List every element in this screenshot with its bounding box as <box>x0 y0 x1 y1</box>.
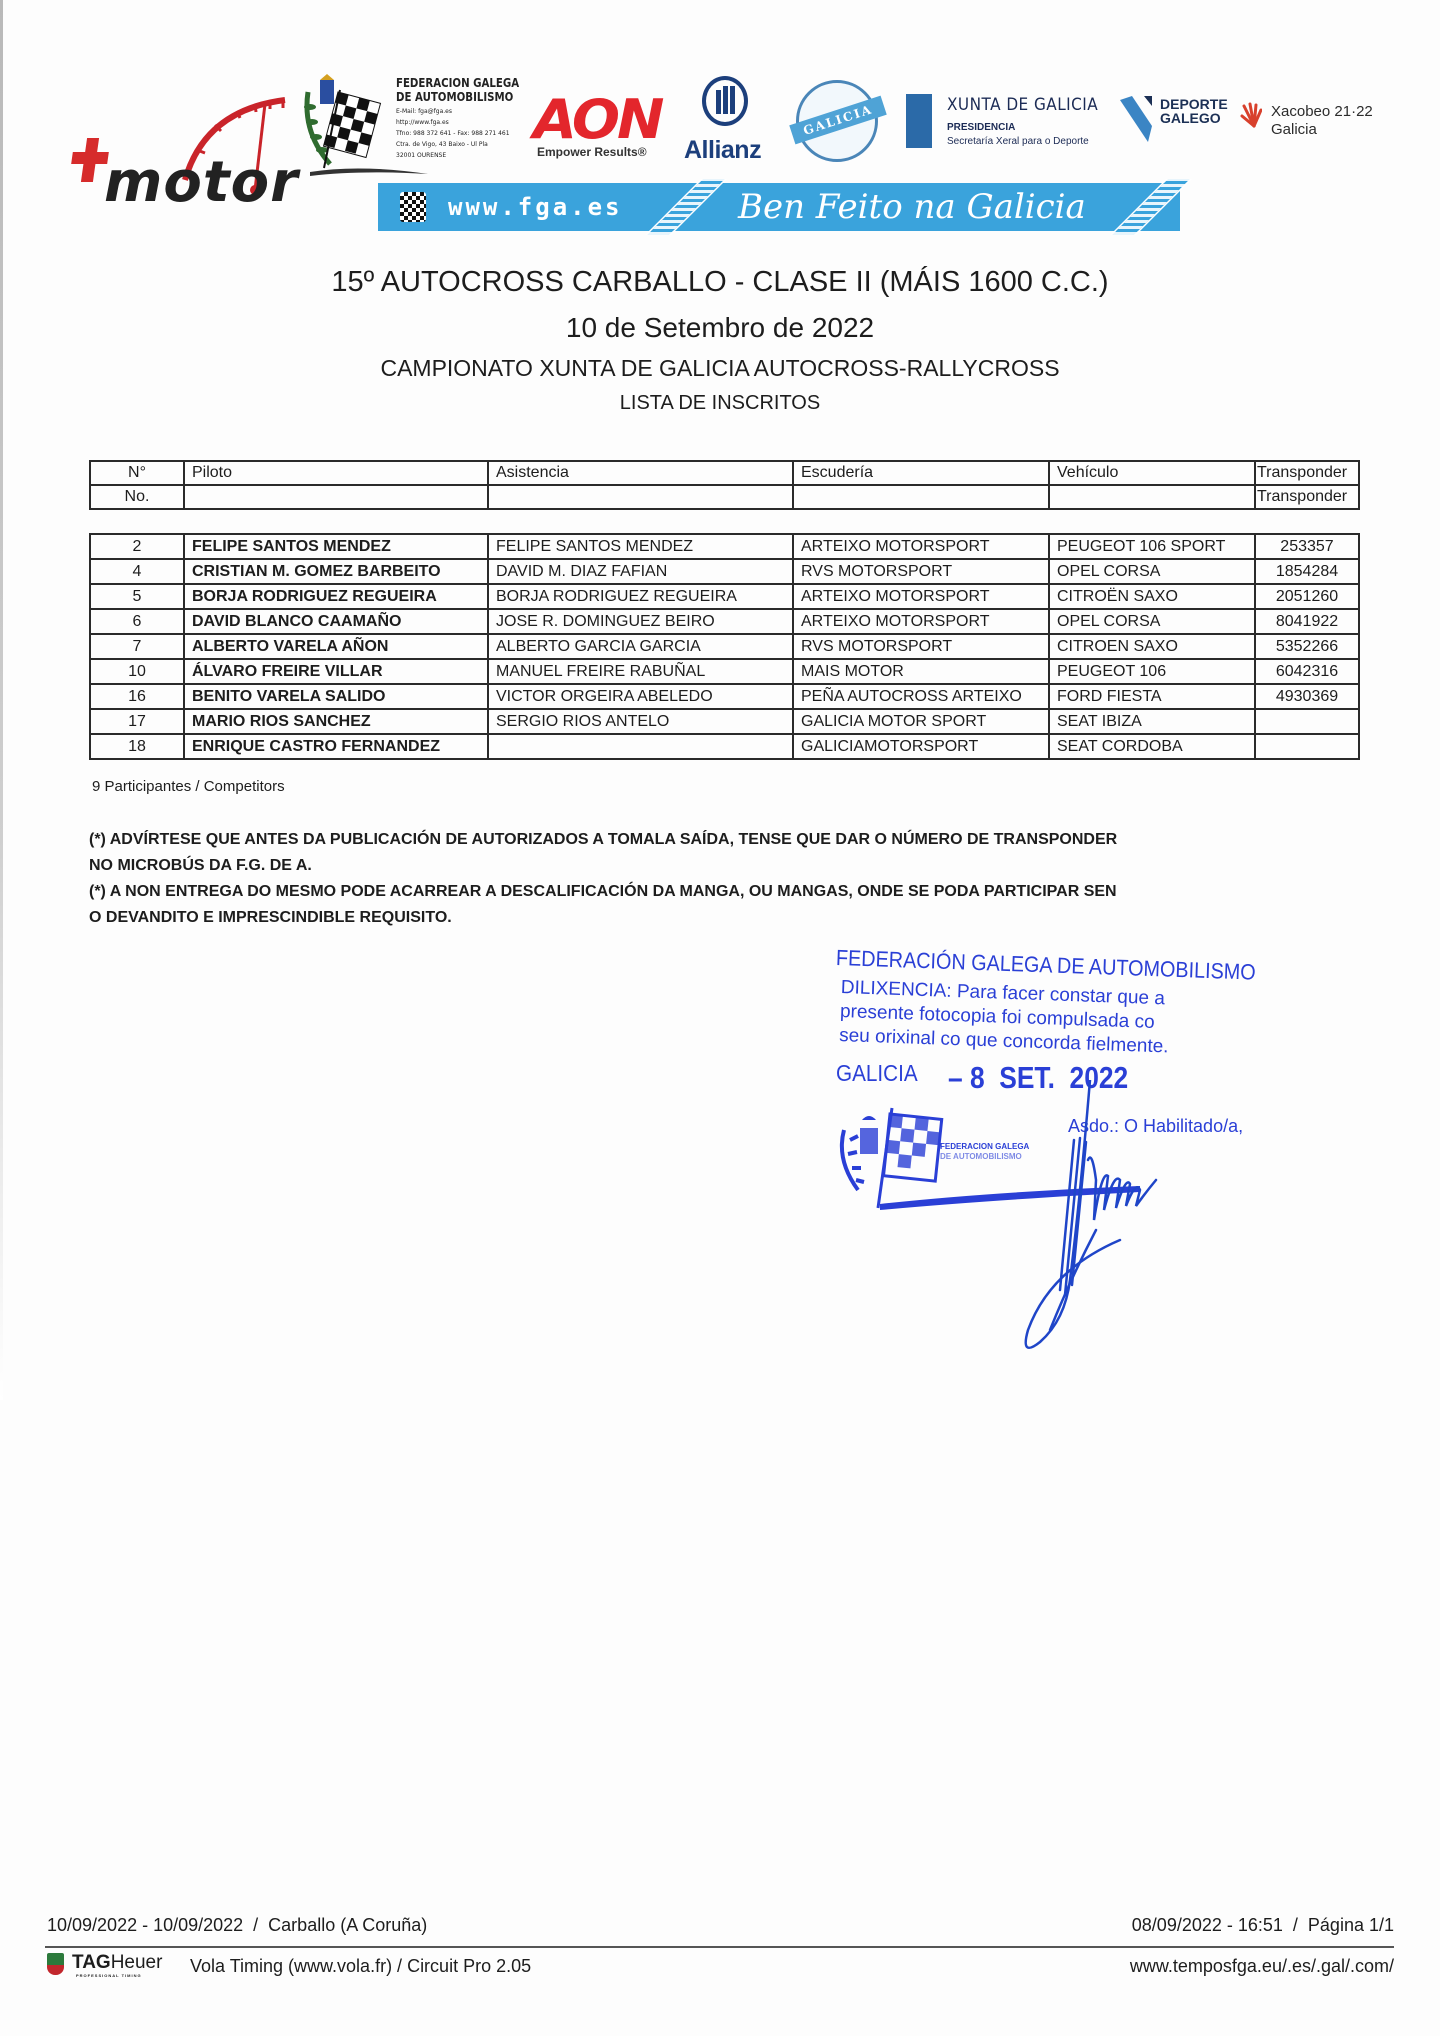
cell-transponder <box>1255 734 1359 759</box>
tag-heuer-subtitle: PROFESSIONAL TIMING <box>76 1973 142 1978</box>
entry-list-header: N° Piloto Asistencia Escudería Vehículo … <box>89 460 1360 510</box>
deporte-galego-logo: DEPORTE GALEGO <box>1160 97 1228 125</box>
list-title: LISTA DE INSCRITOS <box>0 392 1440 415</box>
checkered-flag-icon <box>400 192 426 222</box>
cell-no: 5 <box>90 584 184 609</box>
cell-transponder: 8041922 <box>1255 609 1359 634</box>
footer-divider <box>45 1946 1394 1948</box>
cell-no: 2 <box>90 534 184 559</box>
deporte-line-2: GALEGO <box>1160 111 1228 125</box>
cell-asistencia: MANUEL FREIRE RABUÑAL <box>488 659 793 684</box>
fga-contact-5: 32001 OURENSE <box>396 152 541 159</box>
cell-escuderia: ARTEIXO MOTORSPORT <box>793 584 1049 609</box>
cell-vehiculo: FORD FIESTA <box>1049 684 1255 709</box>
signature <box>1010 1080 1210 1360</box>
stamp-text: DILIXENCIA: Para facer constar que a pre… <box>839 976 1241 1062</box>
cell-asistencia: ALBERTO GARCIA GARCIA <box>488 634 793 659</box>
footer-url[interactable]: www.temposfga.eu/.es/.gal/.com/ <box>1130 1956 1394 1977</box>
xunta-secretaria: Secretaría Xeral para o Deporte <box>947 136 1089 147</box>
col-header-no-en: No. <box>90 485 184 509</box>
xacobeo-logo: Xacobeo 21·22 Galicia <box>1271 103 1373 139</box>
cell-piloto: CRISTIAN M. GOMEZ BARBEITO <box>184 559 488 584</box>
cell-escuderia: GALICIA MOTOR SPORT <box>793 709 1049 734</box>
header-row: No. Transponder <box>90 485 1359 509</box>
championship-title: CAMPIONATO XUNTA DE GALICIA AUTOCROSS-RA… <box>0 355 1440 382</box>
cell-escuderia: RVS MOTORSPORT <box>793 634 1049 659</box>
footer-event-dates: 10/09/2022 - 10/09/2022 / Carballo (A Co… <box>47 1915 427 1936</box>
cell-asistencia: DAVID M. DIAZ FAFIAN <box>488 559 793 584</box>
cell-piloto: FELIPE SANTOS MENDEZ <box>184 534 488 559</box>
col-header-no: N° <box>90 461 184 485</box>
note-line: (*) ADVÍRTESE QUE ANTES DA PUBLICACIÓN D… <box>89 827 1117 853</box>
aon-logo: AON <box>533 88 661 151</box>
note-line: (*) A NON ENTREGA DO MESMO PODE ACARREAR… <box>89 879 1117 905</box>
wave-stripe-icon <box>645 179 727 235</box>
banner-slogan: Ben Feito na Galicia <box>738 187 1086 227</box>
allianz-logo: Allianz <box>684 136 761 165</box>
tag-heuer-logo: TAGHeuer <box>72 1952 162 1974</box>
col-header-vehiculo-en <box>1049 485 1255 509</box>
cell-piloto: BENITO VARELA SALIDO <box>184 684 488 709</box>
table-row: 7ALBERTO VARELA AÑONALBERTO GARCIA GARCI… <box>90 634 1359 659</box>
cell-vehiculo: SEAT IBIZA <box>1049 709 1255 734</box>
cell-vehiculo: PEUGEOT 106 SPORT <box>1049 534 1255 559</box>
scallop-shell-icon <box>1240 102 1262 128</box>
col-header-asistencia-en <box>488 485 793 509</box>
table-row: 4CRISTIAN M. GOMEZ BARBEITODAVID M. DIAZ… <box>90 559 1359 584</box>
footer-software: Vola Timing (www.vola.fr) / Circuit Pro … <box>190 1956 531 1977</box>
table-row: 17MARIO RIOS SANCHEZSERGIO RIOS ANTELOGA… <box>90 709 1359 734</box>
fga-contact-1: E-Mail: fga@fga.es <box>396 108 541 115</box>
fga-contact-4: Ctra. de Vigo, 43 Baixo - Ul Pla <box>396 141 541 148</box>
col-header-escuderia: Escudería <box>793 461 1049 485</box>
cell-no: 10 <box>90 659 184 684</box>
cell-piloto: ÁLVARO FREIRE VILLAR <box>184 659 488 684</box>
fga-contact-3: Tfno: 988 372 641 - Fax: 988 271 461 <box>396 130 541 137</box>
notes: (*) ADVÍRTESE QUE ANTES DA PUBLICACIÓN D… <box>89 827 1117 931</box>
cell-asistencia <box>488 734 793 759</box>
allianz-icon <box>702 76 748 126</box>
cell-vehiculo: PEUGEOT 106 <box>1049 659 1255 684</box>
xacobeo-line-2: Galicia <box>1271 121 1373 139</box>
scan-edge <box>0 0 3 1400</box>
table-row: 2FELIPE SANTOS MENDEZFELIPE SANTOS MENDE… <box>90 534 1359 559</box>
cell-no: 6 <box>90 609 184 634</box>
cell-piloto: ALBERTO VARELA AÑON <box>184 634 488 659</box>
cell-piloto: ENRIQUE CASTRO FERNANDEZ <box>184 734 488 759</box>
cell-no: 18 <box>90 734 184 759</box>
note-line: NO MICROBÚS DA F.G. DE A. <box>89 853 1117 879</box>
cell-transponder: 4930369 <box>1255 684 1359 709</box>
cell-escuderia: RVS MOTORSPORT <box>793 559 1049 584</box>
brand-rest: Heuer <box>111 1952 163 1973</box>
cell-transponder: 2051260 <box>1255 584 1359 609</box>
cell-escuderia: PEÑA AUTOCROSS ARTEIXO <box>793 684 1049 709</box>
fga-contact-2: http://www.fga.es <box>396 119 541 126</box>
cell-transponder <box>1255 709 1359 734</box>
cell-vehiculo: CITROËN SAXO <box>1049 584 1255 609</box>
cell-piloto: MARIO RIOS SANCHEZ <box>184 709 488 734</box>
cell-escuderia: MAIS MOTOR <box>793 659 1049 684</box>
cell-asistencia: VICTOR ORGEIRA ABELEDO <box>488 684 793 709</box>
cell-asistencia: BORJA RODRIGUEZ REGUEIRA <box>488 584 793 609</box>
table-row: 5BORJA RODRIGUEZ REGUEIRABORJA RODRIGUEZ… <box>90 584 1359 609</box>
col-header-transponder-en: Transponder <box>1255 485 1359 509</box>
entry-list-table: 2FELIPE SANTOS MENDEZFELIPE SANTOS MENDE… <box>89 533 1360 760</box>
cell-no: 17 <box>90 709 184 734</box>
footer-print-info: 08/09/2022 - 16:51 / Página 1/1 <box>1132 1915 1394 1936</box>
table-row: 18ENRIQUE CASTRO FERNANDEZGALICIAMOTORSP… <box>90 734 1359 759</box>
header-row: N° Piloto Asistencia Escudería Vehículo … <box>90 461 1359 485</box>
cell-vehiculo: SEAT CORDOBA <box>1049 734 1255 759</box>
brand-bold: TAG <box>72 1952 111 1973</box>
xunta-emblem-icon <box>906 94 932 148</box>
event-date: 10 de Setembro de 2022 <box>0 312 1440 344</box>
deporte-galego-icon <box>1120 96 1152 144</box>
cell-no: 7 <box>90 634 184 659</box>
deporte-line-1: DEPORTE <box>1160 97 1228 111</box>
cell-asistencia: SERGIO RIOS ANTELO <box>488 709 793 734</box>
cell-no: 4 <box>90 559 184 584</box>
cell-transponder: 5352266 <box>1255 634 1359 659</box>
wave-stripe-icon <box>1110 179 1192 235</box>
cell-vehiculo: OPEL CORSA <box>1049 609 1255 634</box>
xunta-presidencia: PRESIDENCIA <box>947 122 1015 133</box>
table-row: 6DAVID BLANCO CAAMAÑOJOSE R. DOMINGUEZ B… <box>90 609 1359 634</box>
participants-count: 9 Participantes / Competitors <box>92 778 285 795</box>
cell-vehiculo: OPEL CORSA <box>1049 559 1255 584</box>
cell-asistencia: JOSE R. DOMINGUEZ BEIRO <box>488 609 793 634</box>
event-title: 15º AUTOCROSS CARBALLO - CLASE II (MÁIS … <box>0 266 1440 299</box>
col-header-vehiculo: Vehículo <box>1049 461 1255 485</box>
fga-banner: www.fga.es Ben Feito na Galicia <box>378 183 1180 231</box>
col-header-piloto-en <box>184 485 488 509</box>
note-line: O DEVANDITO E IMPRESCINDIBLE REQUISITO. <box>89 905 1117 931</box>
col-header-asistencia: Asistencia <box>488 461 793 485</box>
xacobeo-line-1: Xacobeo 21·22 <box>1271 103 1373 121</box>
plus-icon <box>72 138 106 182</box>
cell-transponder: 6042316 <box>1255 659 1359 684</box>
col-header-transponder: Transponder <box>1255 461 1359 485</box>
col-header-piloto: Piloto <box>184 461 488 485</box>
cell-escuderia: ARTEIXO MOTORSPORT <box>793 609 1049 634</box>
table-row: 10ÁLVARO FREIRE VILLARMANUEL FREIRE RABU… <box>90 659 1359 684</box>
cell-transponder: 253357 <box>1255 534 1359 559</box>
cell-transponder: 1854284 <box>1255 559 1359 584</box>
cell-asistencia: FELIPE SANTOS MENDEZ <box>488 534 793 559</box>
table-row: 16BENITO VARELA SALIDOVICTOR ORGEIRA ABE… <box>90 684 1359 709</box>
stamp-place: GALICIA <box>836 1060 918 1087</box>
cell-escuderia: GALICIAMOTORSPORT <box>793 734 1049 759</box>
xunta-title: XUNTA DE GALICIA <box>947 95 1098 115</box>
cell-no: 16 <box>90 684 184 709</box>
col-header-escuderia-en <box>793 485 1049 509</box>
fga-name-2: DE AUTOMOBILISMO <box>396 90 519 104</box>
fga-name-1: FEDERACION GALEGA <box>396 76 519 90</box>
aon-tagline: Empower Results® <box>537 145 647 159</box>
cell-escuderia: ARTEIXO MOTORSPORT <box>793 534 1049 559</box>
cell-vehiculo: CITROEN SAXO <box>1049 634 1255 659</box>
cell-piloto: DAVID BLANCO CAAMAÑO <box>184 609 488 634</box>
motor-wordmark: motor <box>104 150 299 215</box>
banner-url: www.fga.es <box>448 193 623 221</box>
cell-piloto: BORJA RODRIGUEZ REGUEIRA <box>184 584 488 609</box>
tag-heuer-shield-icon <box>47 1953 64 1975</box>
